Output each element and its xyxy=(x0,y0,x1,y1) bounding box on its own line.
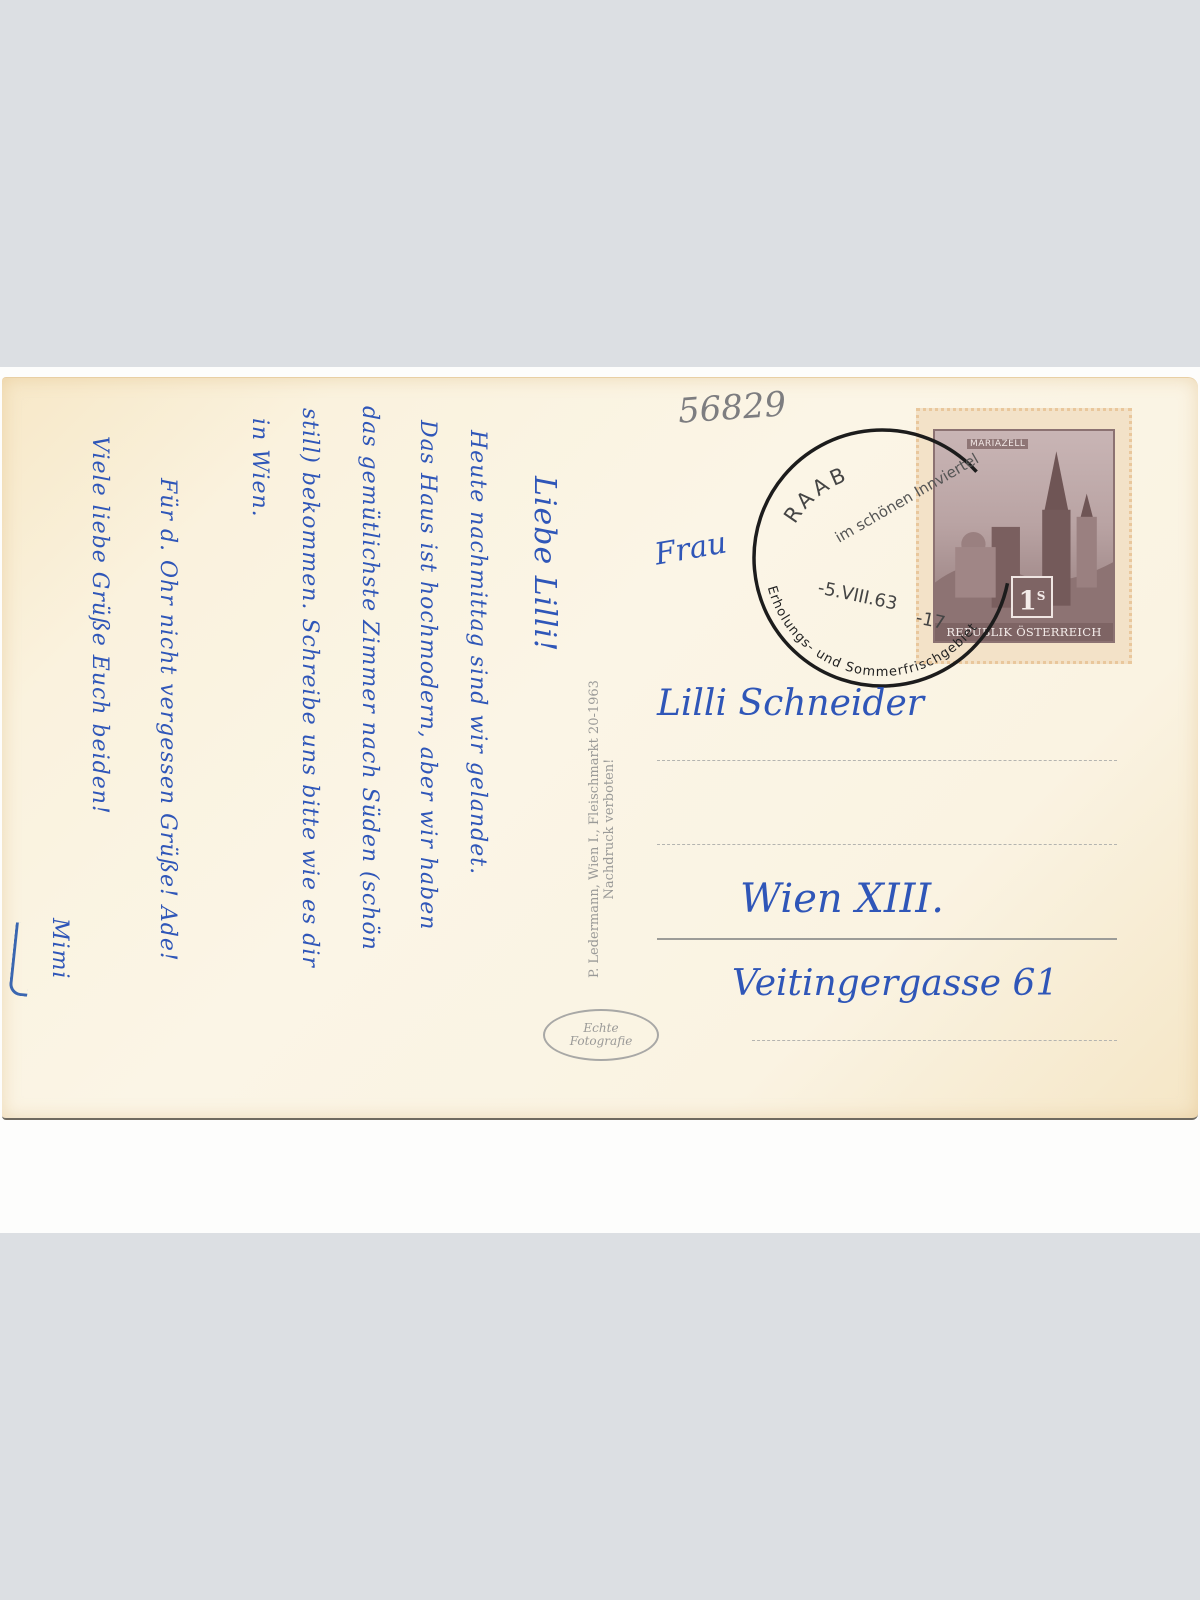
postmark-time: -17 xyxy=(914,607,947,634)
message-line: Viele liebe Grüße Euch beiden! xyxy=(87,436,112,815)
signature-flourish xyxy=(8,922,35,997)
address-name: Lilli Schneider xyxy=(657,683,924,724)
postcard-back: Liebe Lilli! Heute nachmittag sind wir g… xyxy=(2,377,1198,1120)
stamp-value-number: 1 xyxy=(1019,587,1037,617)
message-line: in Wien. xyxy=(247,418,272,518)
address-street: Veitingergasse 61 xyxy=(732,963,1058,1004)
postmark-cancellation: RAAB Erholungs- und Sommerfrischgebiet i… xyxy=(747,423,1017,693)
message-line: Für d. Ohr nicht vergessen Grüße! Ade! xyxy=(155,478,180,962)
stamp-value: 1S xyxy=(1011,576,1053,618)
message-signature: Mimi xyxy=(47,918,72,979)
message-line: Das Haus ist hochmodern, aber wir haben xyxy=(415,420,440,930)
publisher-imprint-line1: P. Ledermann, Wien I., Fleischmarkt 20-1… xyxy=(587,680,602,978)
publisher-imprint-line2: Nachdruck verboten! xyxy=(602,680,617,978)
postmark-slogan: im schönen Innviertel xyxy=(832,450,982,547)
address-title: Frau xyxy=(652,525,729,572)
message-salutation: Liebe Lilli! xyxy=(527,476,562,652)
address-city: Wien XIII. xyxy=(740,876,944,922)
address-line xyxy=(752,1040,1117,1041)
stamp-currency: S xyxy=(1037,589,1046,603)
address-line xyxy=(657,844,1117,845)
publisher-imprint: P. Ledermann, Wien I., Fleischmarkt 20-1… xyxy=(587,680,617,978)
message-line: Heute nachmittag sind wir gelandet. xyxy=(465,430,490,875)
message-line: still) bekommen. Schreibe uns bitte wie … xyxy=(297,408,322,968)
photo-mark-line2: Fotografie xyxy=(545,1035,657,1048)
message-line: das gemütlichste Zimmer nach Süden (schö… xyxy=(357,406,382,951)
address-line xyxy=(657,760,1117,761)
echte-fotografie-mark: Echte Fotografie xyxy=(543,1009,659,1061)
scanned-postcard-image: Liebe Lilli! Heute nachmittag sind wir g… xyxy=(0,367,1200,1233)
address-line xyxy=(657,938,1117,940)
postmark-date: -5.VIII.63 xyxy=(816,577,899,614)
